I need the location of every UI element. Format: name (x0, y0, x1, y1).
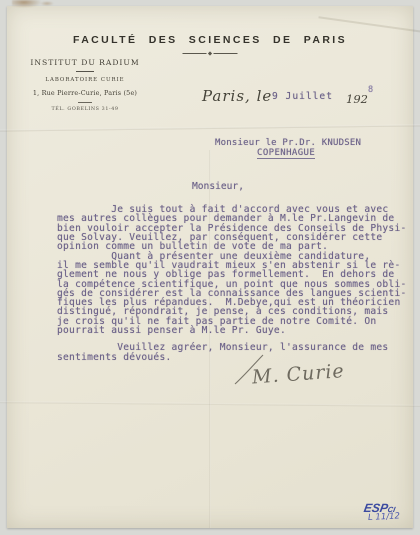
dateline-year-printed: 192 (346, 92, 368, 106)
recipient-name: Monsieur le Pr.Dr. KNUDSEN (215, 138, 361, 148)
institute-address: 1, Rue Pierre-Curie, Paris (5e) (28, 89, 142, 97)
letterhead-left-block: INSTITUT DU RADIUM LABORATOIRE CURIE 1, … (28, 58, 142, 112)
dateline-place: Paris, le (202, 87, 272, 105)
ornament-line (183, 53, 207, 54)
ornament-diamond-icon (208, 51, 212, 55)
salutation: Monsieur, (192, 181, 244, 192)
letterhead-divider (78, 102, 92, 103)
dateline-year-digit: 8 (368, 85, 373, 95)
paper-stain (12, 0, 42, 8)
signature-drawing: M. Curie (232, 350, 372, 398)
letterhead-divider (76, 71, 94, 72)
signature-text: M. Curie (250, 360, 345, 388)
laboratory-name: LABORATOIRE CURIE (28, 77, 142, 83)
recipient-city: COPENHAGUE (257, 148, 315, 159)
institute-telephone: TÉL. GOBELINS 31-49 (28, 107, 142, 112)
institute-name: INSTITUT DU RADIUM (28, 58, 142, 67)
paper-stain (40, 1, 54, 6)
dateline-typed-date: 9 Juillet (272, 91, 333, 102)
ornament-line (214, 53, 238, 54)
title-ornament (183, 52, 238, 55)
signature: M. Curie (232, 350, 372, 398)
body-line: pourrait aussi penser à M.le Pr. Guye. (57, 326, 407, 335)
letter-body: Je suis tout à fait d'accord avec vous e… (57, 205, 407, 362)
stamp-inventory-number: L 11/12 (368, 511, 408, 523)
faculty-title: FACULTÉ DES SCIENCES DE PARIS (0, 34, 420, 46)
espci-stamp: ESPCI L 11/12 (364, 499, 396, 517)
letter-scan: FACULTÉ DES SCIENCES DE PARIS INSTITUT D… (0, 0, 420, 535)
